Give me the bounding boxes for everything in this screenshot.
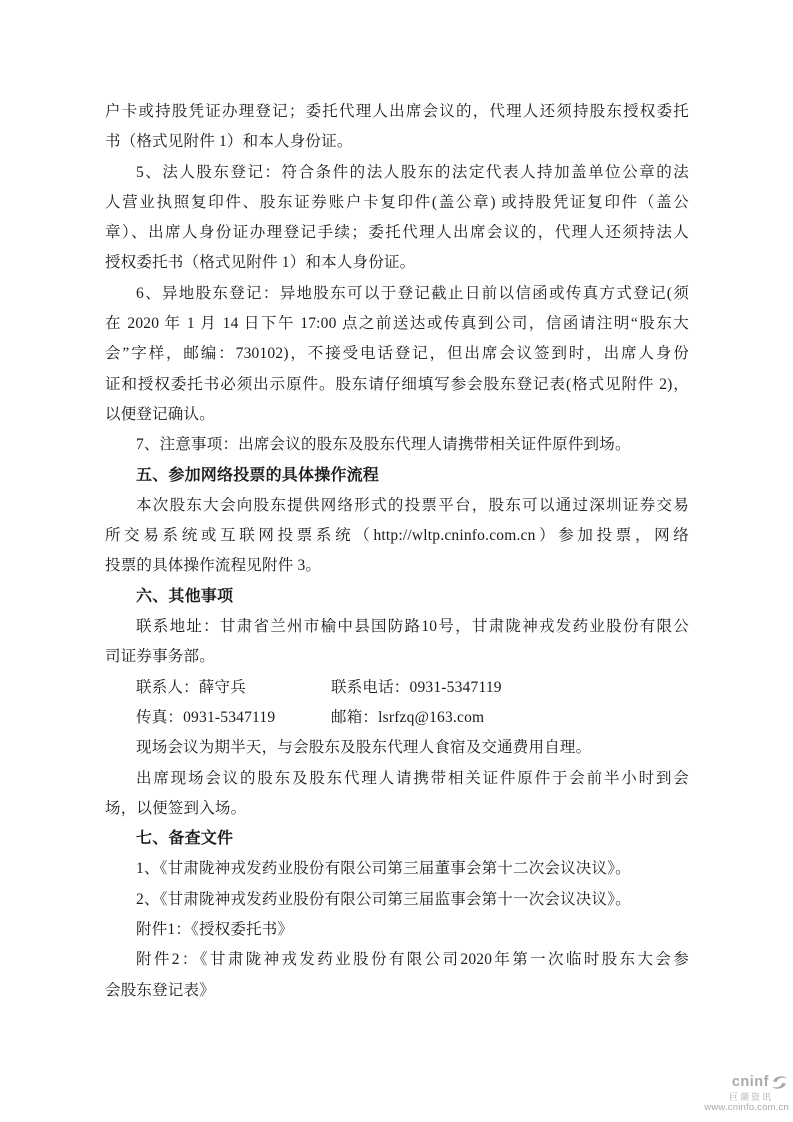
document-line: 2、《甘肃陇神戎发药业股份有限公司第三届监事会第十一次会议决议》。 xyxy=(105,885,689,915)
document-line: 会股东登记表》 xyxy=(105,976,689,1006)
document-content: 户卡或持股凭证办理登记；委托代理人出席会议的，代理人还须持股东授权委托书（格式见… xyxy=(105,97,689,1006)
section-heading: 六、其他事项 xyxy=(105,582,689,612)
document-line: 7、注意事项：出席会议的股东及股东代理人请携带相关证件原件到场。 xyxy=(105,430,689,460)
document-line: 场，以便签到入场。 xyxy=(105,794,689,824)
document-line: 现场会议为期半天，与会股东及股东代理人食宿及交通费用自理。 xyxy=(105,733,689,763)
document-line: 司证券事务部。 xyxy=(105,642,689,672)
document-line: 本次股东大会向股东提供网络形式的投票平台，股东可以通过深圳证券交易 xyxy=(105,491,689,521)
document-line: 所交易系统或互联网投票系统（http://wltp.cninfo.com.cn）… xyxy=(105,521,689,551)
contact-line: 联系人：薛守兵联系电话：0931-5347119 xyxy=(105,673,689,703)
cninfo-url-label: www.cninfo.com.cn xyxy=(704,1103,789,1114)
document-line: 5、法人股东登记：符合条件的法人股东的法定代表人持加盖单位公章的法 xyxy=(105,158,689,188)
document-page: 户卡或持股凭证办理登记；委托代理人出席会议的，代理人还须持股东授权委托书（格式见… xyxy=(0,0,793,1122)
document-line: 章）、出席人身份证办理登记手续；委托代理人出席会议的，代理人还须持法人 xyxy=(105,218,689,248)
cninfo-watermark: cninf 巨潮资讯 www.cninfo.com.cn xyxy=(704,1074,789,1114)
contact-right: 邮箱：lsrfzq@163.com xyxy=(331,709,484,726)
document-line: 在 2020 年 1 月 14 日下午 17:00 点之前送达或传真到公司，信函… xyxy=(105,309,689,339)
document-line: 会”字样，邮编：730102)，不接受电话登记，但出席会议签到时，出席人身份 xyxy=(105,339,689,369)
cninfo-chinese-label: 巨潮资讯 xyxy=(729,1092,773,1102)
cninfo-swirl-icon xyxy=(770,1074,789,1091)
document-line: 联系地址：甘肃省兰州市榆中县国防路10号，甘肃陇神戎发药业股份有限公 xyxy=(105,612,689,642)
document-line: 6、异地股东登记：异地股东可以于登记截止日前以信函或传真方式登记(须 xyxy=(105,279,689,309)
section-heading: 五、参加网络投票的具体操作流程 xyxy=(105,461,689,491)
document-line: 户卡或持股凭证办理登记；委托代理人出席会议的，代理人还须持股东授权委托 xyxy=(105,97,689,127)
document-line: 1、《甘肃陇神戎发药业股份有限公司第三届董事会第十二次会议决议》。 xyxy=(105,854,689,884)
document-line: 证和授权委托书必须出示原件。股东请仔细填写参会股东登记表(格式见附件 2)， xyxy=(105,370,689,400)
document-line: 附件1：《授权委托书》 xyxy=(105,915,689,945)
document-line: 出席现场会议的股东及股东代理人请携带相关证件原件于会前半小时到会 xyxy=(105,764,689,794)
section-heading: 七、备查文件 xyxy=(105,824,689,854)
contact-right: 联系电话：0931-5347119 xyxy=(331,679,502,696)
cninfo-logo-row: cninf xyxy=(732,1074,789,1091)
contact-left: 传真：0931-5347119 xyxy=(136,703,331,733)
contact-left: 联系人：薛守兵 xyxy=(136,673,331,703)
contact-line: 传真：0931-5347119邮箱：lsrfzq@163.com xyxy=(105,703,689,733)
document-line: 授权委托书（格式见附件 1）和本人身份证。 xyxy=(105,248,689,278)
document-line: 人营业执照复印件、股东证券账户卡复印件(盖公章) 或持股凭证复印件（盖公 xyxy=(105,188,689,218)
document-line: 附件2：《甘肃陇神戎发药业股份有限公司2020年第一次临时股东大会参 xyxy=(105,945,689,975)
document-line: 以便登记确认。 xyxy=(105,400,689,430)
document-line: 书（格式见附件 1）和本人身份证。 xyxy=(105,127,689,157)
cninfo-logo-text: cninf xyxy=(732,1074,769,1091)
document-line: 投票的具体操作流程见附件 3。 xyxy=(105,551,689,581)
